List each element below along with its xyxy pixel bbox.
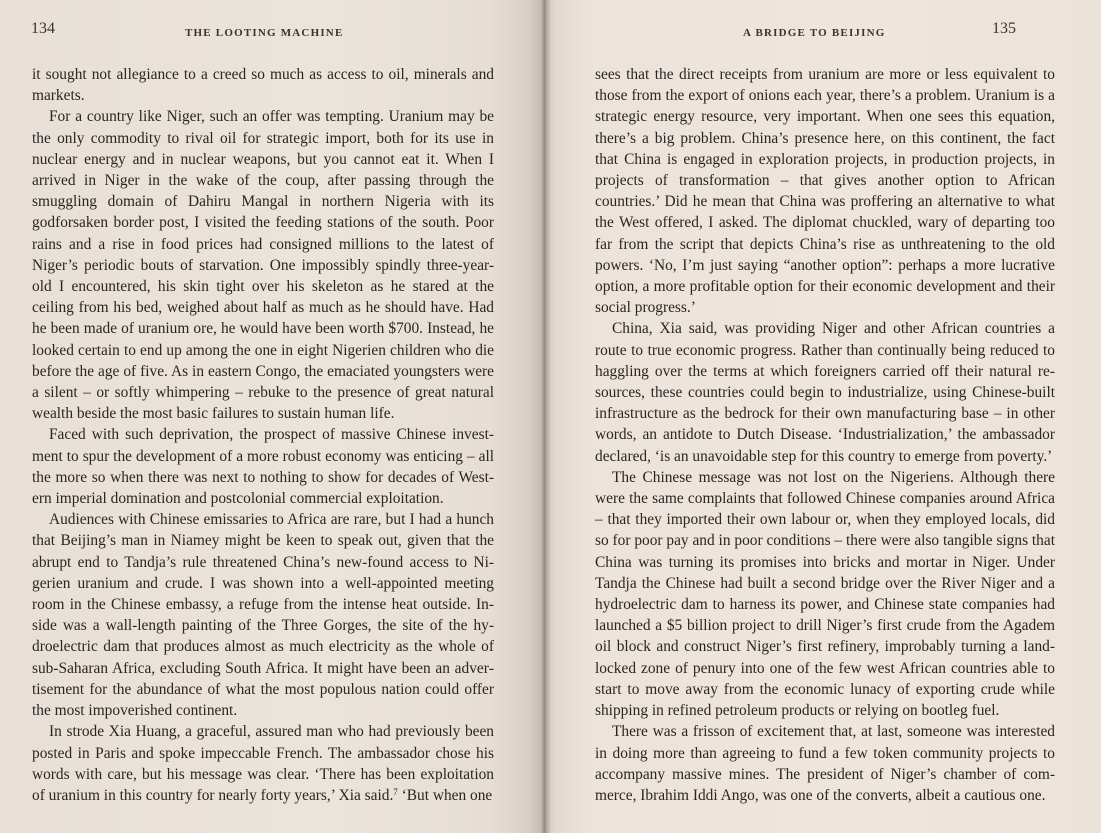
paragraph: Faced with such deprivation, the prospec…: [32, 424, 494, 509]
paragraph: For a country like Niger, such an offer …: [32, 106, 494, 424]
right-page: A BRIDGE TO BEIJING 135 sees that the di…: [545, 0, 1101, 833]
paragraph: The Chinese message was not lost on the …: [595, 467, 1055, 721]
paragraph: China, Xia said, was providing Niger and…: [595, 318, 1055, 466]
body-text: sees that the direct receipts from urani…: [595, 64, 1055, 806]
body-text: it sought not allegiance to a creed so m…: [32, 64, 494, 806]
running-head: A BRIDGE TO BEIJING: [743, 27, 886, 39]
page-number: 134: [31, 20, 55, 38]
paragraph: In strode Xia Huang, a graceful, assured…: [32, 721, 494, 806]
page-edge-gutter: [540, 0, 552, 833]
left-page: 134 THE LOOTING MACHINE it sought not al…: [0, 0, 545, 833]
paragraph: sees that the direct receipts from urani…: [595, 64, 1055, 318]
paragraph: it sought not allegiance to a creed so m…: [32, 64, 494, 106]
page-number: 135: [992, 20, 1016, 38]
running-head: THE LOOTING MACHINE: [185, 27, 344, 39]
paragraph: There was a frisson of excitement that, …: [595, 721, 1055, 806]
paragraph: Audiences with Chinese emissaries to Afr…: [32, 509, 494, 721]
book-spread: 134 THE LOOTING MACHINE it sought not al…: [0, 0, 1101, 833]
paragraph-text: ‘But when one: [398, 787, 492, 804]
